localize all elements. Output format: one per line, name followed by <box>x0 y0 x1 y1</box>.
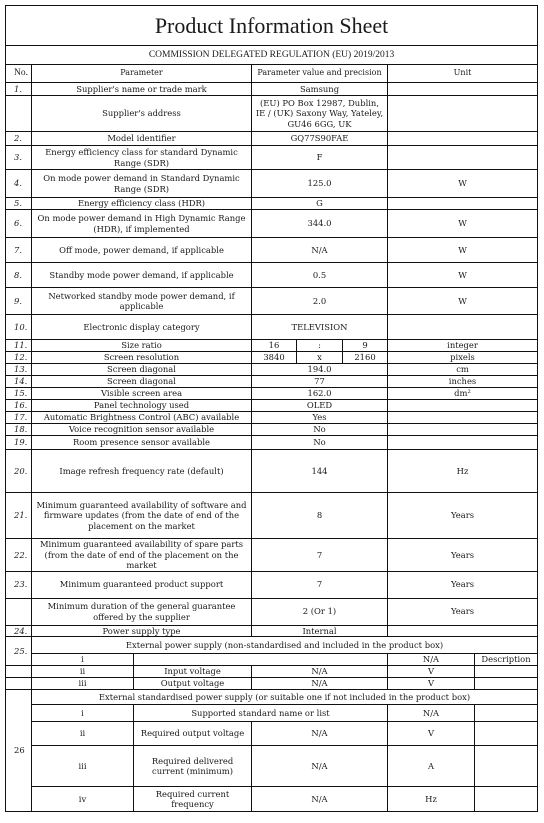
parameter-value: G <box>252 198 388 210</box>
parameter-label: Automatic Brightness Control (ABC) avail… <box>32 412 252 424</box>
item-description <box>475 666 538 678</box>
parameter-unit: Years <box>388 598 538 625</box>
row-number: 21. <box>6 493 32 539</box>
row-number: 9. <box>6 288 32 315</box>
parameter-unit: Hz <box>388 450 538 493</box>
item-index: ii <box>32 722 134 746</box>
item-unit: A <box>388 746 475 787</box>
column-header-parameter: Parameter <box>32 65 252 83</box>
parameter-unit: W <box>388 238 538 263</box>
item-label: Required output voltage <box>134 722 252 746</box>
parameter-label: Energy efficiency class for standard Dyn… <box>32 146 252 170</box>
parameter-value: N/A <box>252 238 388 263</box>
table-row: 14.Screen diagonal77inches <box>6 376 538 388</box>
table-row: 23.Minimum guaranteed product support7Ye… <box>6 571 538 598</box>
parameter-unit <box>388 424 538 436</box>
item-value: N/A <box>252 666 388 678</box>
parameter-value: 2.0 <box>252 288 388 315</box>
item-index: iii <box>32 678 134 690</box>
parameter-unit <box>388 436 538 450</box>
row-number: 19. <box>6 436 32 450</box>
product-info-table: Product Information Sheet COMMISSION DEL… <box>5 5 538 812</box>
eps-nonstd-item: iN/ADescription <box>6 654 538 666</box>
item-value: N/A <box>252 787 388 812</box>
parameter-value: 162.0 <box>252 388 388 400</box>
parameter-unit <box>388 315 538 340</box>
parameter-label: Panel technology used <box>32 400 252 412</box>
regulation-reference: COMMISSION DELEGATED REGULATION (EU) 201… <box>6 46 538 65</box>
item-index: i <box>32 705 134 722</box>
parameter-label: Energy efficiency class (HDR) <box>32 198 252 210</box>
parameter-value: GQ77S90FAE <box>252 132 388 146</box>
table-row: 9.Networked standby mode power demand, i… <box>6 288 538 315</box>
parameter-unit: W <box>388 263 538 288</box>
column-header-unit: Unit <box>388 65 538 83</box>
table-row: 6.On mode power demand in High Dynamic R… <box>6 210 538 238</box>
eps-std-heading: External standardised power supply (or s… <box>32 690 538 705</box>
table-row: 3.Energy efficiency class for standard D… <box>6 146 538 170</box>
table-row: 7.Off mode, power demand, if applicableN… <box>6 238 538 263</box>
row-number-empty <box>6 678 32 690</box>
table-row: 4.On mode power demand in Standard Dynam… <box>6 170 538 198</box>
table-row: 2.Model identifierGQ77S90FAE <box>6 132 538 146</box>
parameter-label: Off mode, power demand, if applicable <box>32 238 252 263</box>
item-unit: V <box>388 666 475 678</box>
parameter-unit: Years <box>388 571 538 598</box>
parameter-unit: cm <box>388 364 538 376</box>
item-index: iv <box>32 787 134 812</box>
parameter-unit: W <box>388 288 538 315</box>
value-part-b: 9 <box>343 340 388 352</box>
value-separator: : <box>297 340 343 352</box>
parameter-value: 194.0 <box>252 364 388 376</box>
item-description <box>475 678 538 690</box>
table-row: 17.Automatic Brightness Control (ABC) av… <box>6 412 538 424</box>
parameter-label: Voice recognition sensor available <box>32 424 252 436</box>
row-number: 7. <box>6 238 32 263</box>
item-index: i <box>32 654 134 666</box>
parameter-value: 7 <box>252 571 388 598</box>
parameter-label: Minimum duration of the general guarante… <box>32 598 252 625</box>
table-row: 11.Size ratio16:9integer <box>6 340 538 352</box>
item-value: N/A <box>252 746 388 787</box>
item-unit: V <box>388 678 475 690</box>
parameter-unit: dm² <box>388 388 538 400</box>
row-number: 1. <box>6 83 32 96</box>
item-description: Description <box>475 654 538 666</box>
parameter-label: Standby mode power demand, if applicable <box>32 263 252 288</box>
row-number: 20. <box>6 450 32 493</box>
parameter-value: 7 <box>252 539 388 572</box>
row-number: 5. <box>6 198 32 210</box>
parameter-value: F <box>252 146 388 170</box>
parameter-unit <box>388 625 538 637</box>
eps-std-item: iiiRequired delivered current (minimum)N… <box>6 746 538 787</box>
parameter-value: Samsung <box>252 83 388 96</box>
row-number: 16. <box>6 400 32 412</box>
parameter-value: Yes <box>252 412 388 424</box>
item-label: Input voltage <box>134 666 252 678</box>
row-number: 11. <box>6 340 32 352</box>
item-unit: N/A <box>388 654 475 666</box>
parameter-value: No <box>252 436 388 450</box>
eps-std-item: ivRequired current frequencyN/AHz <box>6 787 538 812</box>
row-number: 17. <box>6 412 32 424</box>
value-separator: x <box>297 352 343 364</box>
eps-nonstd-heading: External power supply (non-standardised … <box>32 637 538 654</box>
table-row: 8.Standby mode power demand, if applicab… <box>6 263 538 288</box>
parameter-label: On mode power demand in Standard Dynamic… <box>32 170 252 198</box>
item-description <box>475 722 538 746</box>
parameter-label: Power supply type <box>32 625 252 637</box>
row-number: 3. <box>6 146 32 170</box>
item-index: iii <box>32 746 134 787</box>
parameter-label: Supplier's address <box>32 96 252 132</box>
eps-nonstd-heading-row: 25.External power supply (non-standardis… <box>6 637 538 654</box>
parameter-value: 77 <box>252 376 388 388</box>
parameter-label: Screen resolution <box>32 352 252 364</box>
row-number: 10. <box>6 315 32 340</box>
parameter-unit <box>388 96 538 132</box>
value-part-b: 2160 <box>343 352 388 364</box>
table-row: 21.Minimum guaranteed availability of so… <box>6 493 538 539</box>
table-row: 20.Image refresh frequency rate (default… <box>6 450 538 493</box>
parameter-label: Minimum guaranteed availability of spare… <box>32 539 252 572</box>
item-label: Required delivered current (minimum) <box>134 746 252 787</box>
page-title: Product Information Sheet <box>6 6 538 46</box>
parameter-unit <box>388 83 538 96</box>
table-row: 1.Supplier's name or trade markSamsung <box>6 83 538 96</box>
parameter-value: 8 <box>252 493 388 539</box>
parameter-label: Networked standby mode power demand, if … <box>32 288 252 315</box>
table-row: 13.Screen diagonal194.0cm <box>6 364 538 376</box>
parameter-value: 2 (Or 1) <box>252 598 388 625</box>
row-number <box>6 598 32 625</box>
row-number: 13. <box>6 364 32 376</box>
row-number: 8. <box>6 263 32 288</box>
row-number: 22. <box>6 539 32 572</box>
parameter-unit <box>388 198 538 210</box>
eps-std-item: iiRequired output voltageN/AV <box>6 722 538 746</box>
parameter-value: Internal <box>252 625 388 637</box>
table-row: 12.Screen resolution3840x2160pixels <box>6 352 538 364</box>
row-number-empty <box>6 666 32 678</box>
parameter-label: Electronic display category <box>32 315 252 340</box>
row-number: 18. <box>6 424 32 436</box>
parameter-value: 144 <box>252 450 388 493</box>
parameter-unit: integer <box>388 340 538 352</box>
parameter-value: 0.5 <box>252 263 388 288</box>
parameter-value: TELEVISION <box>252 315 388 340</box>
row-number: 25. <box>6 637 32 666</box>
item-description <box>475 746 538 787</box>
row-number: 14. <box>6 376 32 388</box>
parameter-label: Image refresh frequency rate (default) <box>32 450 252 493</box>
eps-nonstd-item: iiiOutput voltageN/AV <box>6 678 538 690</box>
parameter-unit: W <box>388 210 538 238</box>
parameter-unit <box>388 146 538 170</box>
table-row: 18.Voice recognition sensor availableNo <box>6 424 538 436</box>
item-value: N/A <box>252 722 388 746</box>
parameter-unit <box>388 400 538 412</box>
parameter-label: Model identifier <box>32 132 252 146</box>
item-label <box>134 654 388 666</box>
table-row: 15.Visible screen area162.0dm² <box>6 388 538 400</box>
parameter-label: Supplier's name or trade mark <box>32 83 252 96</box>
row-number: 2. <box>6 132 32 146</box>
item-label: Output voltage <box>134 678 252 690</box>
table-row: Supplier's address(EU) PO Box 12987, Dub… <box>6 96 538 132</box>
value-part-a: 3840 <box>252 352 297 364</box>
table-header: No. Parameter Parameter value and precis… <box>6 65 538 83</box>
parameter-unit <box>388 132 538 146</box>
row-number: 6. <box>6 210 32 238</box>
row-number: 15. <box>6 388 32 400</box>
table-row: 5.Energy efficiency class (HDR)G <box>6 198 538 210</box>
parameter-value: (EU) PO Box 12987, Dublin, IE / (UK) Sax… <box>252 96 388 132</box>
parameter-label: On mode power demand in High Dynamic Ran… <box>32 210 252 238</box>
parameter-label: Minimum guaranteed availability of softw… <box>32 493 252 539</box>
parameter-label: Screen diagonal <box>32 376 252 388</box>
table-row: Minimum duration of the general guarante… <box>6 598 538 625</box>
item-description <box>475 787 538 812</box>
parameter-unit <box>388 412 538 424</box>
table-row: 10.Electronic display categoryTELEVISION <box>6 315 538 340</box>
parameter-value: No <box>252 424 388 436</box>
row-number: 12. <box>6 352 32 364</box>
item-index: ii <box>32 666 134 678</box>
parameter-unit: Years <box>388 493 538 539</box>
eps-std-heading-row: 26External standardised power supply (or… <box>6 690 538 705</box>
item-label: Supported standard name or list <box>134 705 388 722</box>
eps-nonstd-item: iiInput voltageN/AV <box>6 666 538 678</box>
parameter-value: OLED <box>252 400 388 412</box>
item-value: N/A <box>252 678 388 690</box>
row-number: 23. <box>6 571 32 598</box>
table-row: 16.Panel technology usedOLED <box>6 400 538 412</box>
parameter-unit: inches <box>388 376 538 388</box>
item-unit: V <box>388 722 475 746</box>
parameter-value: 344.0 <box>252 210 388 238</box>
row-number: 24. <box>6 625 32 637</box>
parameter-label: Visible screen area <box>32 388 252 400</box>
row-number: 26 <box>6 690 32 812</box>
parameter-unit: Years <box>388 539 538 572</box>
parameter-unit: W <box>388 170 538 198</box>
row-number <box>6 96 32 132</box>
item-unit: N/A <box>388 705 475 722</box>
parameter-unit: pixels <box>388 352 538 364</box>
table-row: 19.Room presence sensor availableNo <box>6 436 538 450</box>
item-unit: Hz <box>388 787 475 812</box>
parameter-label: Screen diagonal <box>32 364 252 376</box>
eps-std-item: iSupported standard name or listN/A <box>6 705 538 722</box>
row-number: 4. <box>6 170 32 198</box>
parameter-label: Size ratio <box>32 340 252 352</box>
parameter-label: Room presence sensor available <box>32 436 252 450</box>
parameter-value: 125.0 <box>252 170 388 198</box>
product-information-sheet: Product Information Sheet COMMISSION DEL… <box>5 5 537 812</box>
table-row: 24.Power supply typeInternal <box>6 625 538 637</box>
column-header-no: No. <box>6 65 32 83</box>
value-part-a: 16 <box>252 340 297 352</box>
column-header-value: Parameter value and precision <box>252 65 388 83</box>
item-label: Required current frequency <box>134 787 252 812</box>
item-description <box>475 705 538 722</box>
table-row: 22.Minimum guaranteed availability of sp… <box>6 539 538 572</box>
parameter-label: Minimum guaranteed product support <box>32 571 252 598</box>
